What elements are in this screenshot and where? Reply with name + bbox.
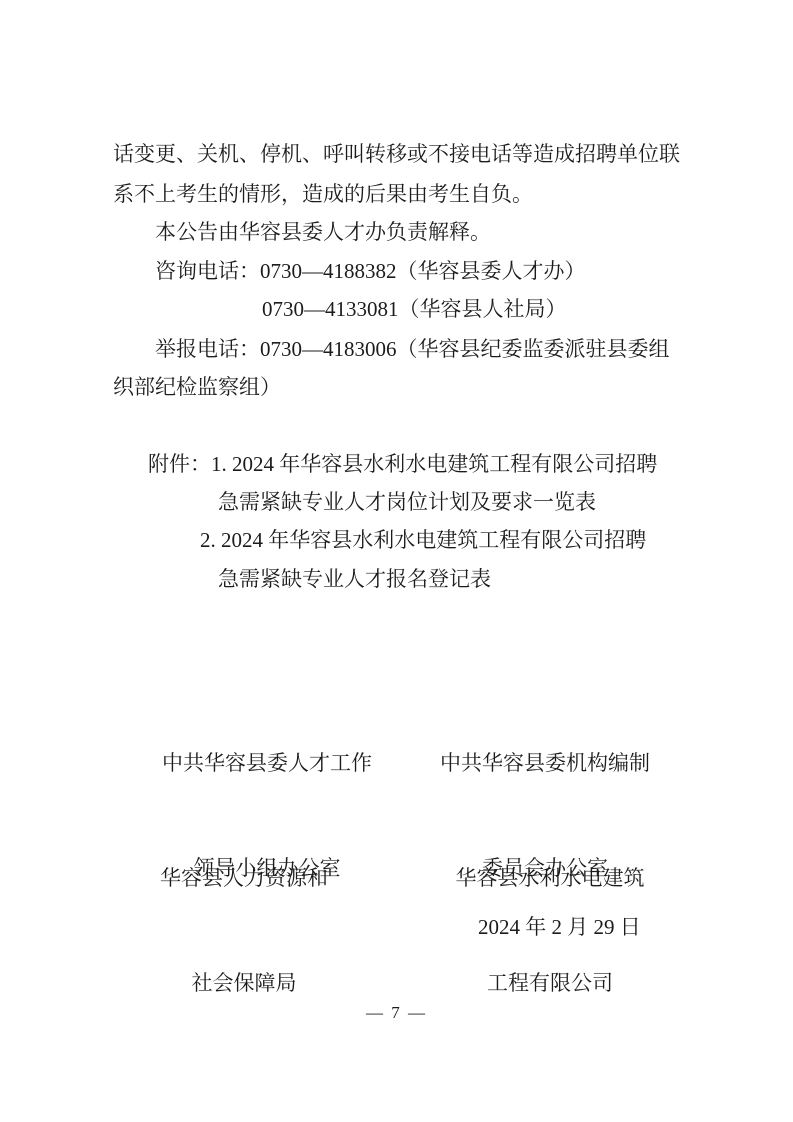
signature-org-line: 社会保障局 xyxy=(94,966,394,1001)
signature-org-human-resources-bureau: 华容县人力资源和 社会保障局 xyxy=(94,791,394,1071)
signature-org-line: 华容县人力资源和 xyxy=(94,861,394,896)
report-phone-line: 举报电话：0730—4183006（华容县纪委监委派驻县委组 xyxy=(155,336,670,362)
attachment-line-1: 附件：1. 2024 年华容县水利水电建筑工程有限公司招聘 xyxy=(148,451,657,477)
report-phone-line-2: 织部纪检监察组） xyxy=(113,374,281,400)
attachment-line-2: 急需紧缺专业人才岗位计划及要求一览表 xyxy=(218,489,596,515)
attachment-line-3: 2. 2024 年华容县水利水电建筑工程有限公司招聘 xyxy=(200,527,646,553)
body-line-1: 话变更、关机、停机、呼叫转移或不接电话等造成招聘单位联 xyxy=(113,141,680,167)
consult-phone-line-2: 0730—4133081（华容县人社局） xyxy=(262,296,567,322)
signature-org-line: 华容县水利水电建筑 xyxy=(400,861,700,896)
document-date: 2024 年 2 月 29 日 xyxy=(478,914,641,940)
attachment-line-4: 急需紧缺专业人才报名登记表 xyxy=(218,566,491,592)
page-number: — 7 — xyxy=(0,1002,793,1024)
signature-org-line: 工程有限公司 xyxy=(400,966,700,1001)
signature-org-line: 中共华容县委人才工作 xyxy=(117,746,417,781)
body-line-2: 系不上考生的情形，造成的后果由考生自负。 xyxy=(113,181,533,207)
consult-phone-line: 咨询电话：0730—4188382（华容县委人才办） xyxy=(155,258,586,284)
document-page: 话变更、关机、停机、呼叫转移或不接电话等造成招聘单位联 系不上考生的情形，造成的… xyxy=(0,0,793,1122)
signature-org-line: 中共华容县委机构编制 xyxy=(395,746,695,781)
body-line-interpretation: 本公告由华容县委人才办负责解释。 xyxy=(155,219,491,245)
